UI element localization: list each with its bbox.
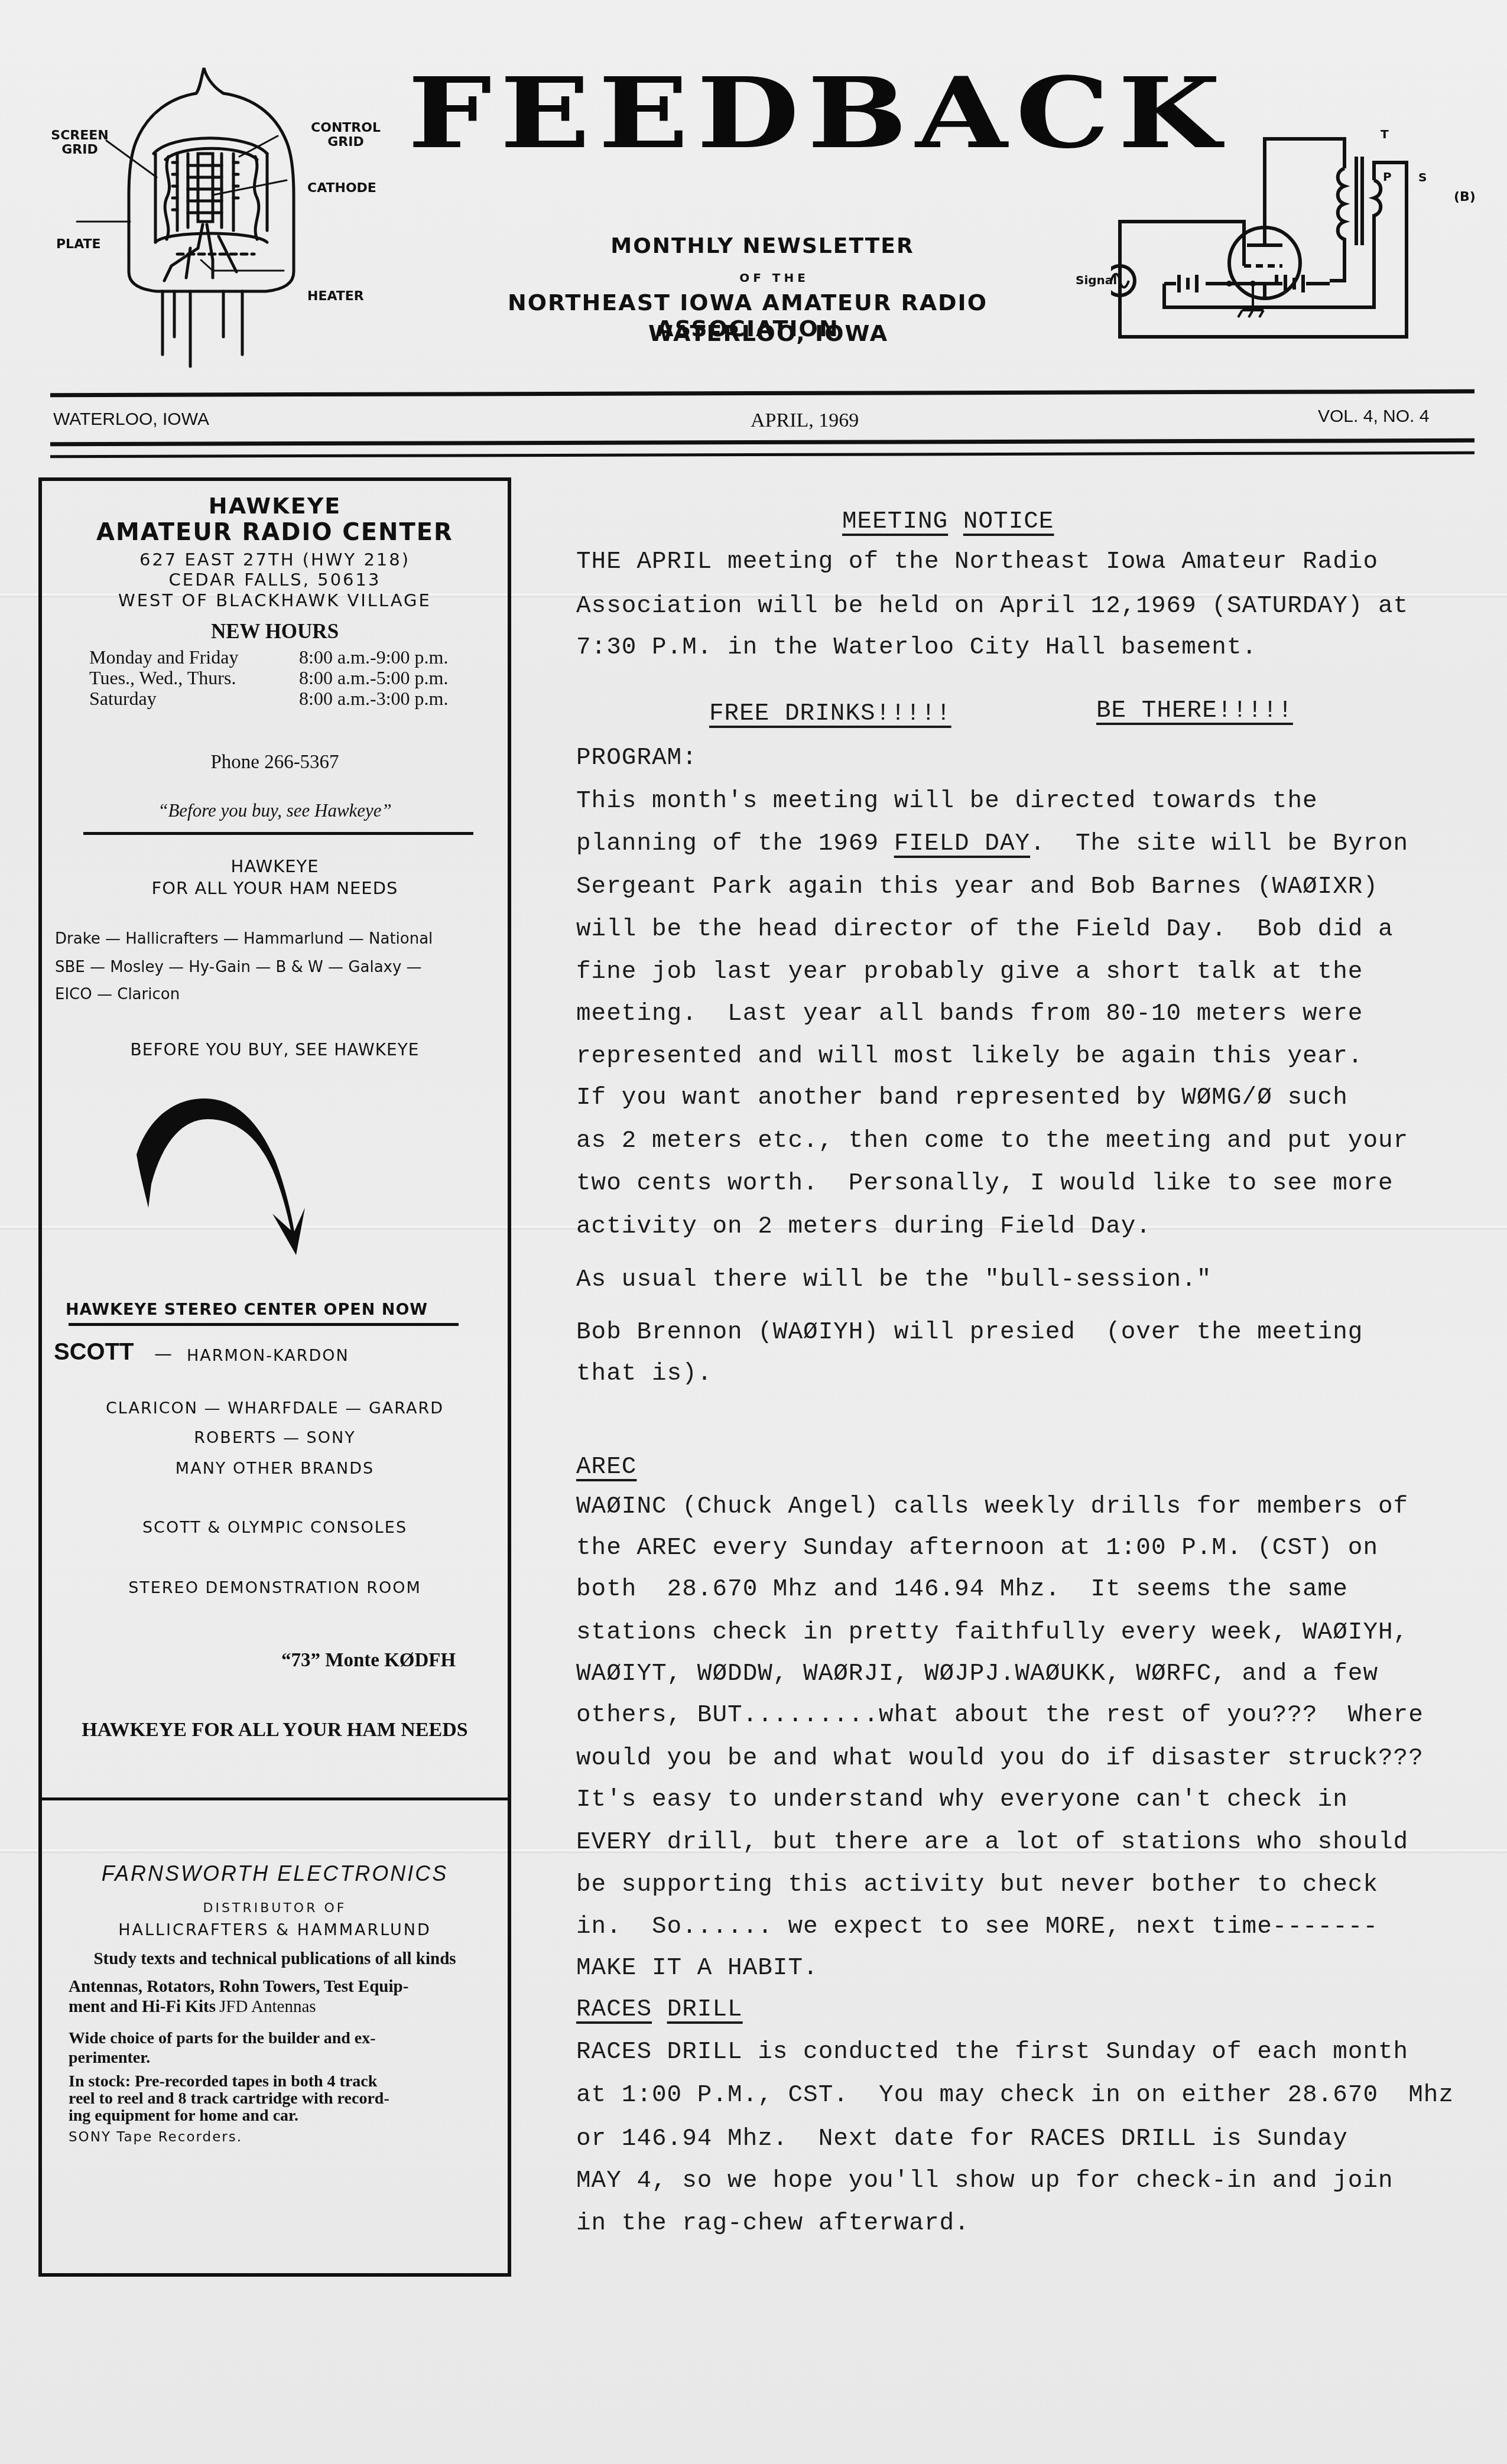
stereo-brands-2: ROBERTS — SONY xyxy=(42,1429,508,1447)
newsletter-subtitle: MONTHLY NEWSLETTER xyxy=(550,234,975,258)
farnsworth-stock-cont: ing equipment for home and car. xyxy=(69,2107,534,2125)
article-line: It's easy to understand why everyone can… xyxy=(576,1786,1348,1813)
heading-word: DRILL xyxy=(667,1996,743,2023)
text-span: . The site will be Byron xyxy=(1030,830,1408,857)
article-line: would you be and what would you do if di… xyxy=(576,1745,1424,1772)
hawkeye-hours-title: NEW HOURS xyxy=(42,620,508,643)
ad-divider xyxy=(83,832,473,835)
dateline-date: APRIL, 1969 xyxy=(751,409,859,432)
article-line: MAKE IT A HABIT. xyxy=(576,1955,819,1982)
stereo-dash: — xyxy=(154,1344,190,1364)
heading-word: MEETING xyxy=(842,508,948,535)
farnsworth-sony: SONY Tape Recorders. xyxy=(69,2130,534,2145)
tube-label-heater: HEATER xyxy=(307,290,364,304)
circuit-label-transformer: T xyxy=(1381,127,1389,141)
article-line: planning of the 1969 FIELD DAY. The site… xyxy=(576,830,1408,857)
hawkeye-address-2: CEDAR FALLS, 50613 xyxy=(42,570,508,590)
hawkeye-address-3: WEST OF BLACKHAWK VILLAGE xyxy=(42,590,508,610)
ham-brands-line: EICO — Claricon xyxy=(55,986,521,1003)
hours-time: 8:00 a.m.-9:00 p.m. xyxy=(299,646,448,668)
curved-arrow-icon xyxy=(134,1096,323,1267)
organization-location: WATERLOO, IOWA xyxy=(591,320,946,346)
subtitle-of-the: OF THE xyxy=(686,271,863,285)
free-drinks-callout: FREE DRINKS!!!!! xyxy=(709,700,951,727)
arec-heading: AREC xyxy=(576,1454,636,1481)
hawkeye-phone: Phone 266-5367 xyxy=(42,752,508,773)
hawkeye-subname: AMATEUR RADIO CENTER xyxy=(42,519,508,546)
program-heading: PROGRAM: xyxy=(576,745,697,772)
farnsworth-parts-cont: perimenter. xyxy=(69,2049,534,2068)
article-line: 7:30 P.M. in the Waterloo City Hall base… xyxy=(576,634,1257,661)
article-line: in. So...... we expect to see MORE, next… xyxy=(576,1913,1378,1940)
farnsworth-distributor: DISTRIBUTOR OF xyxy=(42,1901,508,1916)
stereo-signoff: “73” Monte KØDFH xyxy=(281,1650,506,1672)
stereo-brands-1: CLARICON — WHARFDALE — GARARD xyxy=(42,1399,508,1418)
tube-label-cathode: CATHODE xyxy=(307,181,376,196)
farnsworth-antennas: Antennas, Rotators, Rohn Towers, Test Eq… xyxy=(69,1977,534,1997)
heading-word: RACES xyxy=(576,1996,652,2023)
tube-label-screen-grid: SCREEN GRID xyxy=(47,129,112,157)
ham-needs-line-2: FOR ALL YOUR HAM NEEDS xyxy=(42,878,508,898)
ham-brands-line: SBE — Mosley — Hy-Gain — B & W — Galaxy … xyxy=(55,958,521,976)
dateline-place: WATERLOO, IOWA xyxy=(53,409,209,430)
stereo-heading: HAWKEYE STEREO CENTER OPEN NOW xyxy=(66,1301,479,1319)
article-line: others, BUT.........what about the rest … xyxy=(576,1702,1424,1729)
article-line: or 146.94 Mhz. Next date for RACES DRILL… xyxy=(576,2125,1348,2153)
hours-days: Monday and Friday xyxy=(89,646,238,668)
dateline-issue: VOL. 4, NO. 4 xyxy=(1318,407,1429,427)
circuit-label-secondary: S xyxy=(1418,170,1427,184)
article-line: at 1:00 P.M., CST. You may check in on e… xyxy=(576,2082,1454,2109)
article-line: MAY 4, so we hope you'll show up for che… xyxy=(576,2167,1394,2195)
article-line: be supporting this activity but never bo… xyxy=(576,1871,1378,1899)
article-line: activity on 2 meters during Field Day. xyxy=(576,1213,1151,1240)
article-line: WAØIYT, WØDDW, WAØRJI, WØJPJ.WAØUKK, WØR… xyxy=(576,1660,1378,1688)
advertisement-sidebar: HAWKEYE AMATEUR RADIO CENTER 627 EAST 27… xyxy=(38,477,511,2277)
tube-label-plate: PLATE xyxy=(56,238,101,252)
article-line: represented and will most likely be agai… xyxy=(576,1043,1363,1070)
be-there-callout: BE THERE!!!!! xyxy=(1096,697,1293,724)
ham-needs-tagline: BEFORE YOU BUY, SEE HAWKEYE xyxy=(42,1040,508,1059)
farnsworth-study: Study texts and technical publications o… xyxy=(42,1949,508,1969)
hours-time: 8:00 a.m.-3:00 p.m. xyxy=(299,688,448,710)
article-line: both 28.670 Mhz and 146.94 Mhz. It seems… xyxy=(576,1576,1348,1603)
stereo-heading-underline xyxy=(69,1323,459,1326)
hawkeye-address-1: 627 EAST 27TH (HWY 218) xyxy=(42,550,508,570)
article-line: Sergeant Park again this year and Bob Ba… xyxy=(576,873,1378,901)
hawkeye-name: HAWKEYE xyxy=(42,493,508,519)
stereo-brands-3: MANY OTHER BRANDS xyxy=(42,1459,508,1478)
heading-word: NOTICE xyxy=(963,508,1054,535)
article-line: Association will be held on April 12,196… xyxy=(576,593,1408,620)
stereo-footer: HAWKEYE FOR ALL YOUR HAM NEEDS xyxy=(42,1719,508,1741)
farnsworth-jfd: JFD Antennas xyxy=(219,1997,397,2017)
hours-time: 8:00 a.m.-5:00 p.m. xyxy=(299,667,448,689)
field-day-emphasis: FIELD DAY xyxy=(894,830,1030,857)
meeting-notice-heading: MEETING NOTICE xyxy=(842,508,1054,535)
text-span: planning of the 1969 xyxy=(576,830,894,857)
article-line: as 2 meters etc., then come to the meeti… xyxy=(576,1127,1408,1155)
ad-divider xyxy=(42,1797,509,1800)
circuit-label-battery: (B) xyxy=(1454,190,1476,204)
farnsworth-stock: In stock: Pre-recorded tapes in both 4 t… xyxy=(69,2072,534,2091)
ham-brands-line: Drake — Hallicrafters — Hammarlund — Nat… xyxy=(55,930,521,948)
tube-label-control-grid: CONTROL GRID xyxy=(310,121,381,149)
vacuum-tube-illustration xyxy=(35,35,390,390)
stereo-harmon-kardon: HARMON-KARDON xyxy=(187,1347,423,1365)
stereo-demo-room: STEREO DEMONSTRATION ROOM xyxy=(42,1579,508,1597)
circuit-label-signal: Signal xyxy=(1076,273,1117,287)
article-line: As usual there will be the "bull-session… xyxy=(576,1266,1212,1293)
article-line: meeting. Last year all bands from 80-10 … xyxy=(576,1000,1363,1028)
article-line: WAØINC (Chuck Angel) calls weekly drills… xyxy=(576,1493,1408,1520)
hours-days: Tues., Wed., Thurs. xyxy=(89,667,236,689)
hours-days: Saturday xyxy=(89,688,157,710)
farnsworth-name: FARNSWORTH ELECTRONICS xyxy=(42,1861,508,1886)
article-line: the AREC every Sunday afternoon at 1:00 … xyxy=(576,1535,1378,1562)
farnsworth-parts: Wide choice of parts for the builder and… xyxy=(69,2029,534,2048)
article-line: EVERY drill, but there are a lot of stat… xyxy=(576,1829,1408,1856)
article-line: in the rag-chew afterward. xyxy=(576,2210,970,2237)
article-line: If you want another band represented by … xyxy=(576,1084,1348,1111)
farnsworth-brands: HALLICRAFTERS & HAMMARLUND xyxy=(42,1921,508,1939)
article-line: RACES DRILL is conducted the first Sunda… xyxy=(576,2039,1408,2066)
article-line: that is). xyxy=(576,1360,712,1387)
farnsworth-stock-cont: reel to reel and 8 track cartridge with … xyxy=(69,2089,534,2108)
article-line: Bob Brennon (WAØIYH) will presied (over … xyxy=(576,1319,1363,1346)
article-line: THE APRIL meeting of the Northeast Iowa … xyxy=(576,548,1378,576)
article-line: will be the head director of the Field D… xyxy=(576,916,1394,943)
hawkeye-slogan: “Before you buy, see Hawkeye” xyxy=(42,800,508,821)
article-line: fine job last year probably give a short… xyxy=(576,958,1363,986)
ham-needs-line-1: HAWKEYE xyxy=(42,856,508,876)
article-line: This month's meeting will be directed to… xyxy=(576,788,1318,815)
circuit-label-primary: P xyxy=(1383,170,1392,184)
article-line: stations check in pretty faithfully ever… xyxy=(576,1619,1408,1646)
article-line: two cents worth. Personally, I would lik… xyxy=(576,1170,1394,1197)
stereo-consoles: SCOTT & OLYMPIC CONSOLES xyxy=(42,1519,508,1537)
races-heading: RACES DRILL xyxy=(576,1996,743,2023)
